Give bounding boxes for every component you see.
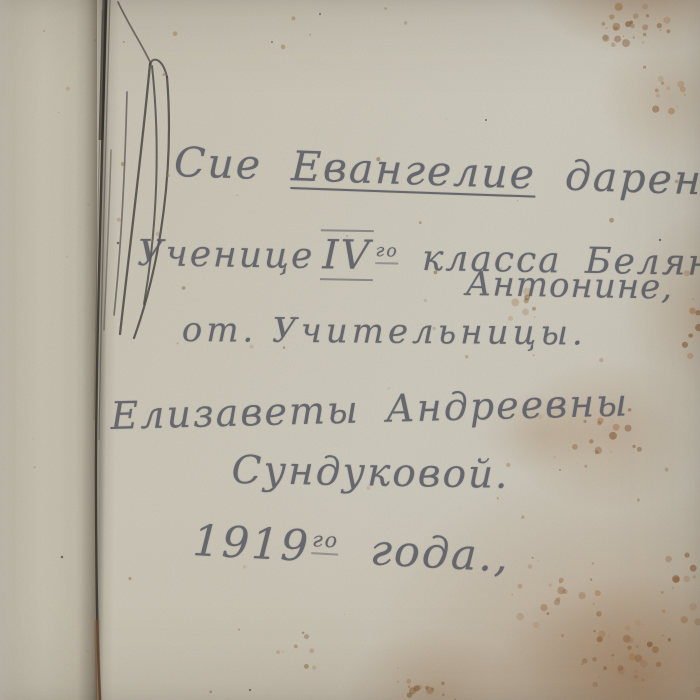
inscription-word-underlined: Евангелие	[290, 142, 537, 199]
inscription-word: Сие	[173, 138, 263, 189]
inscription-year: 1919	[191, 516, 311, 572]
inscription-line-7-date: 1919го года.,	[191, 516, 511, 583]
inscription-word: от. Учительницы.	[182, 310, 587, 354]
ordinal-suffix: го	[312, 527, 340, 555]
inscription-word-name-patronymic: Елизаветы Андреевны	[110, 380, 630, 438]
inscription-word-firstname: Антонине,	[465, 264, 673, 308]
inscription-line-3: Антонине,	[465, 264, 673, 308]
inscription-word: Ученице	[137, 233, 315, 277]
inscription-line-6: Сундуковой.	[231, 448, 510, 498]
ordinal-suffix: го	[375, 241, 399, 264]
roman-numeral-grade: IV	[320, 229, 374, 281]
handwritten-inscription: Сие Евангелие дарено. УченицеIVго класса…	[0, 0, 700, 700]
inscription-line-1: Сие Евангелие дарено.	[173, 138, 700, 206]
inscription-word: года.,	[369, 525, 511, 582]
book-endpaper-photo: Сие Евангелие дарено. УченицеIVго класса…	[0, 0, 700, 700]
inscription-word: дарено.	[564, 152, 700, 206]
inscription-line-5: Елизаветы Андреевны	[110, 380, 630, 438]
inscription-word-surname: Сундуковой.	[231, 448, 510, 498]
inscription-line-4: от. Учительницы.	[182, 310, 587, 354]
